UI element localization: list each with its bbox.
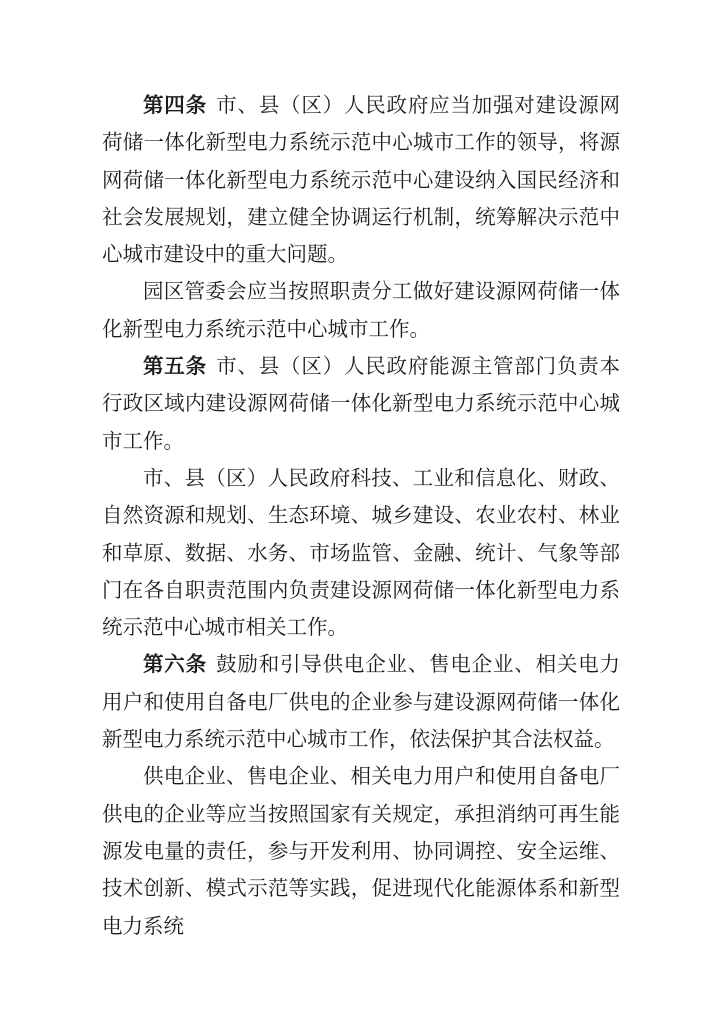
paragraph-text: 供电企业、售电企业、相关电力用户和使用自备电厂供电的企业等应当按照国家有关规定，… xyxy=(102,764,620,937)
body-paragraph: 园区管委会应当按照职责分工做好建设源网荷储一体化新型电力系统示范中心城市工作。 xyxy=(102,273,620,348)
article-number: 第六条 xyxy=(143,652,207,676)
paragraph-text: 园区管委会应当按照职责分工做好建设源网荷储一体化新型电力系统示范中心城市工作。 xyxy=(102,279,620,340)
document-body: 第四条市、县（区）人民政府应当加强对建设源网荷储一体化新型电力系统示范中心城市工… xyxy=(102,87,620,945)
paragraph-text: 市、县（区）人民政府应当加强对建设源网荷储一体化新型电力系统示范中心城市工作的领… xyxy=(102,93,620,266)
document-page: 第四条市、县（区）人民政府应当加强对建设源网荷储一体化新型电力系统示范中心城市工… xyxy=(0,0,715,1011)
article-number: 第五条 xyxy=(143,354,207,378)
article-paragraph: 第五条市、县（区）人民政府能源主管部门负责本行政区域内建设源网荷储一体化新型电力… xyxy=(102,348,620,460)
article-paragraph: 第四条市、县（区）人民政府应当加强对建设源网荷储一体化新型电力系统示范中心城市工… xyxy=(102,87,620,273)
article-paragraph: 第六条鼓励和引导供电企业、售电企业、相关电力用户和使用自备电厂供电的企业参与建设… xyxy=(102,646,620,758)
body-paragraph: 市、县（区）人民政府科技、工业和信息化、财政、自然资源和规划、生态环境、城乡建设… xyxy=(102,460,620,646)
body-paragraph: 供电企业、售电企业、相关电力用户和使用自备电厂供电的企业等应当按照国家有关规定，… xyxy=(102,758,620,944)
article-number: 第四条 xyxy=(143,93,207,117)
paragraph-text: 市、县（区）人民政府科技、工业和信息化、财政、自然资源和规划、生态环境、城乡建设… xyxy=(102,466,620,639)
